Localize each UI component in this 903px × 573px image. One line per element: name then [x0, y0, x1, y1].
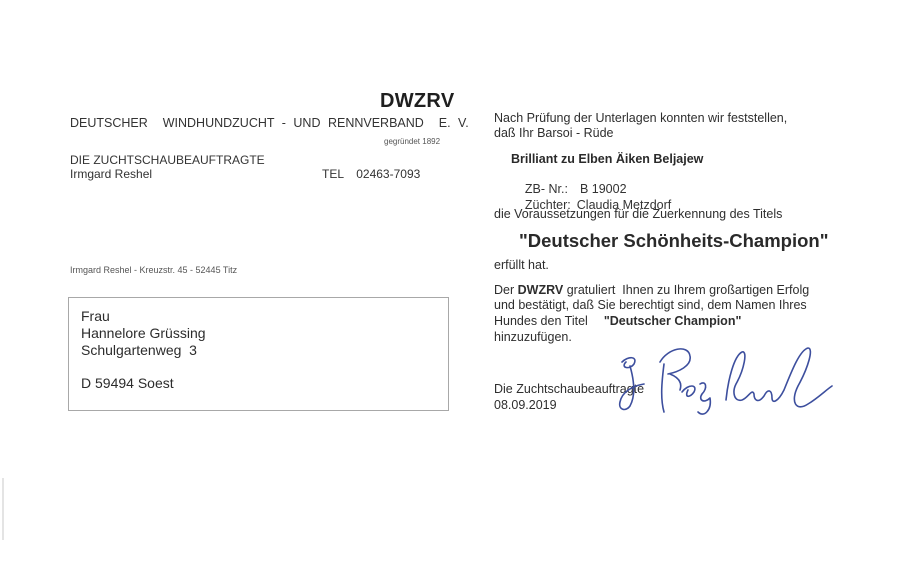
- champion-title: "Deutscher Schönheits-Champion": [519, 230, 828, 252]
- recipient-address-window: Frau Hannelore Grüssing Schulgartenweg 3…: [68, 297, 449, 411]
- officer-name: Irmgard Reshel: [70, 167, 152, 181]
- department-title: DIE ZUCHTSCHAUBEAUFTRAGTE: [70, 153, 265, 167]
- org-abbreviation: DWZRV: [380, 90, 454, 113]
- congrats-rest: gratuliert Ihnen zu Ihrem großartigen Er…: [563, 283, 809, 297]
- signature-date: 08.09.2019: [494, 398, 557, 412]
- congrats-line-1: Der DWZRV gratuliert Ihnen zu Ihrem groß…: [494, 283, 809, 297]
- congrats-line-2: und bestätigt, daß Sie berechtigt sind, …: [494, 298, 807, 312]
- requirements-line: die Voraussetzungen für die Zuerkennung …: [494, 207, 782, 221]
- congrats-line-4: hinzuzufügen.: [494, 330, 572, 344]
- congrats-org: DWZRV: [518, 283, 564, 297]
- congrats-title: "Deutscher Champion": [604, 314, 742, 328]
- recipient-name: Hannelore Grüssing: [81, 325, 206, 341]
- dog-name: Brilliant zu Elben Äiken Beljajew: [511, 152, 703, 166]
- intro-line-1: Nach Prüfung der Unterlagen konnten wir …: [494, 111, 787, 125]
- congrats-title-prefix: Hundes den Titel: [494, 314, 588, 328]
- telephone: TEL 02463-7093: [322, 167, 420, 181]
- org-full-name: DEUTSCHER WINDHUNDZUCHT - UND RENNVERBAN…: [70, 116, 469, 130]
- congrats-line-3: Hundes den Titel"Deutscher Champion": [494, 314, 741, 328]
- handwritten-signature: [608, 340, 838, 425]
- fulfilled-line: erfüllt hat.: [494, 258, 549, 272]
- recipient-city: D 59494 Soest: [81, 375, 174, 391]
- congrats-prefix: Der: [494, 283, 518, 297]
- scan-edge-mark: [2, 478, 4, 540]
- intro-line-2: daß Ihr Barsoi - Rüde: [494, 126, 614, 140]
- recipient-salutation: Frau: [81, 308, 110, 324]
- return-address: Irmgard Reshel - Kreuzstr. 45 - 52445 Ti…: [70, 265, 237, 275]
- recipient-street: Schulgartenweg 3: [81, 342, 197, 358]
- founded-year: gegründet 1892: [384, 137, 440, 146]
